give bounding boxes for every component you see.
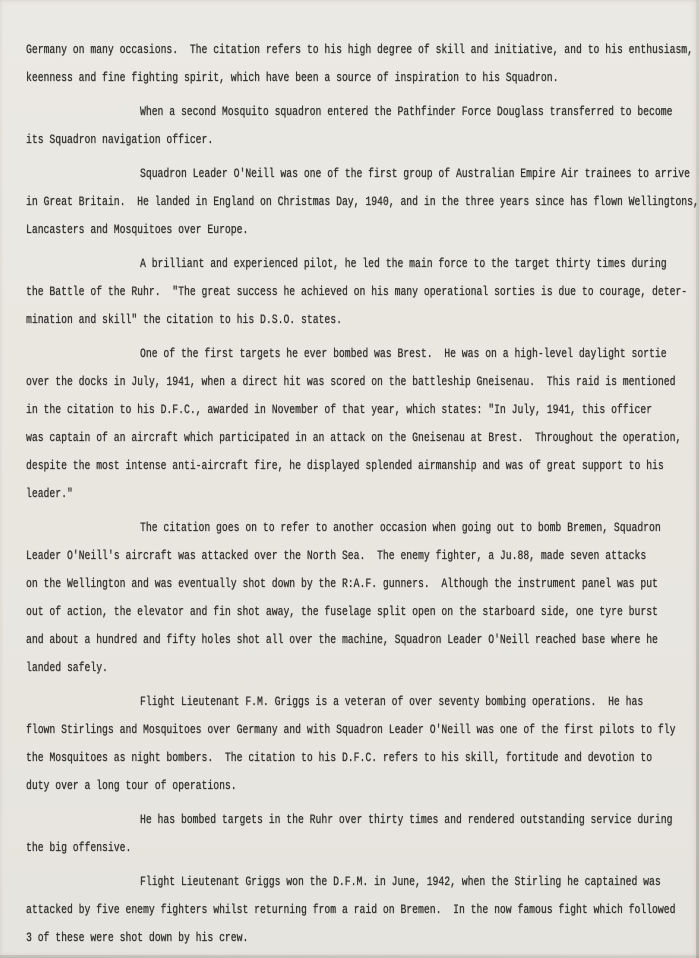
text-line: mination and skill" the citation to his … [26, 306, 526, 334]
text-line: and about a hundred and fifty holes shot… [26, 626, 526, 654]
text-line: Lancasters and Mosquitoes over Europe. [26, 216, 526, 244]
text-line: attacked by five enemy fighters whilst r… [26, 896, 526, 924]
text-line: out of action, the elevator and fin shot… [26, 598, 526, 626]
text-line: its Squadron navigation officer. [26, 126, 526, 154]
text-line: flown Stirlings and Mosquitoes over Germ… [26, 716, 526, 744]
text-line: Squadron Leader O'Neill was one of the f… [140, 160, 555, 188]
paragraph-2: When a second Mosquito squadron entered … [26, 98, 693, 154]
text-line: the Battle of the Ruhr. "The great succe… [26, 278, 526, 306]
text-line: over the docks in July, 1941, when a dir… [26, 368, 526, 396]
paragraph-1: Germany on many occasions. The citation … [26, 36, 693, 92]
document-page: Germany on many occasions. The citation … [0, 0, 699, 958]
text-line: Leader O'Neill's aircraft was attacked o… [26, 542, 526, 570]
text-line: in Great Britain. He landed in England o… [26, 188, 526, 216]
text-line: the Mosquitoes as night bombers. The cit… [26, 744, 526, 772]
text-line: Flight Lieutenant F.M. Griggs is a veter… [140, 688, 555, 716]
text-line: duty over a long tour of operations. [26, 772, 526, 800]
text-line: One of the first targets he ever bombed … [140, 340, 555, 368]
text-line: landed safely. [26, 654, 526, 682]
paragraph-5: One of the first targets he ever bombed … [26, 340, 693, 508]
text-line: Flight Lieutenant Griggs won the D.F.M. … [140, 868, 555, 896]
text-line: leader." [26, 480, 526, 508]
text-line: Germany on many occasions. The citation … [26, 36, 526, 64]
text-line: in the citation to his D.F.C., awarded i… [26, 396, 526, 424]
paragraph-4: A brilliant and experienced pilot, he le… [26, 250, 693, 334]
text-line: He has bombed targets in the Ruhr over t… [140, 806, 555, 834]
paragraph-7: Flight Lieutenant F.M. Griggs is a veter… [26, 688, 693, 800]
text-line: was captain of an aircraft which partici… [26, 424, 526, 452]
paragraph-8: He has bombed targets in the Ruhr over t… [26, 806, 693, 862]
text-line: A brilliant and experienced pilot, he le… [140, 250, 555, 278]
text-line: despite the most intense anti-aircraft f… [26, 452, 526, 480]
paragraph-3: Squadron Leader O'Neill was one of the f… [26, 160, 693, 244]
text-line: the big offensive. [26, 834, 526, 862]
paragraph-9: Flight Lieutenant Griggs won the D.F.M. … [26, 868, 693, 952]
paragraph-6: The citation goes on to refer to another… [26, 514, 693, 682]
text-line: 3 of these were shot down by his crew. [26, 924, 526, 952]
text-line: When a second Mosquito squadron entered … [140, 98, 555, 126]
text-line: keenness and fine fighting spirit, which… [26, 64, 526, 92]
text-line: on the Wellington and was eventually sho… [26, 570, 526, 598]
text-line: The citation goes on to refer to another… [140, 514, 555, 542]
